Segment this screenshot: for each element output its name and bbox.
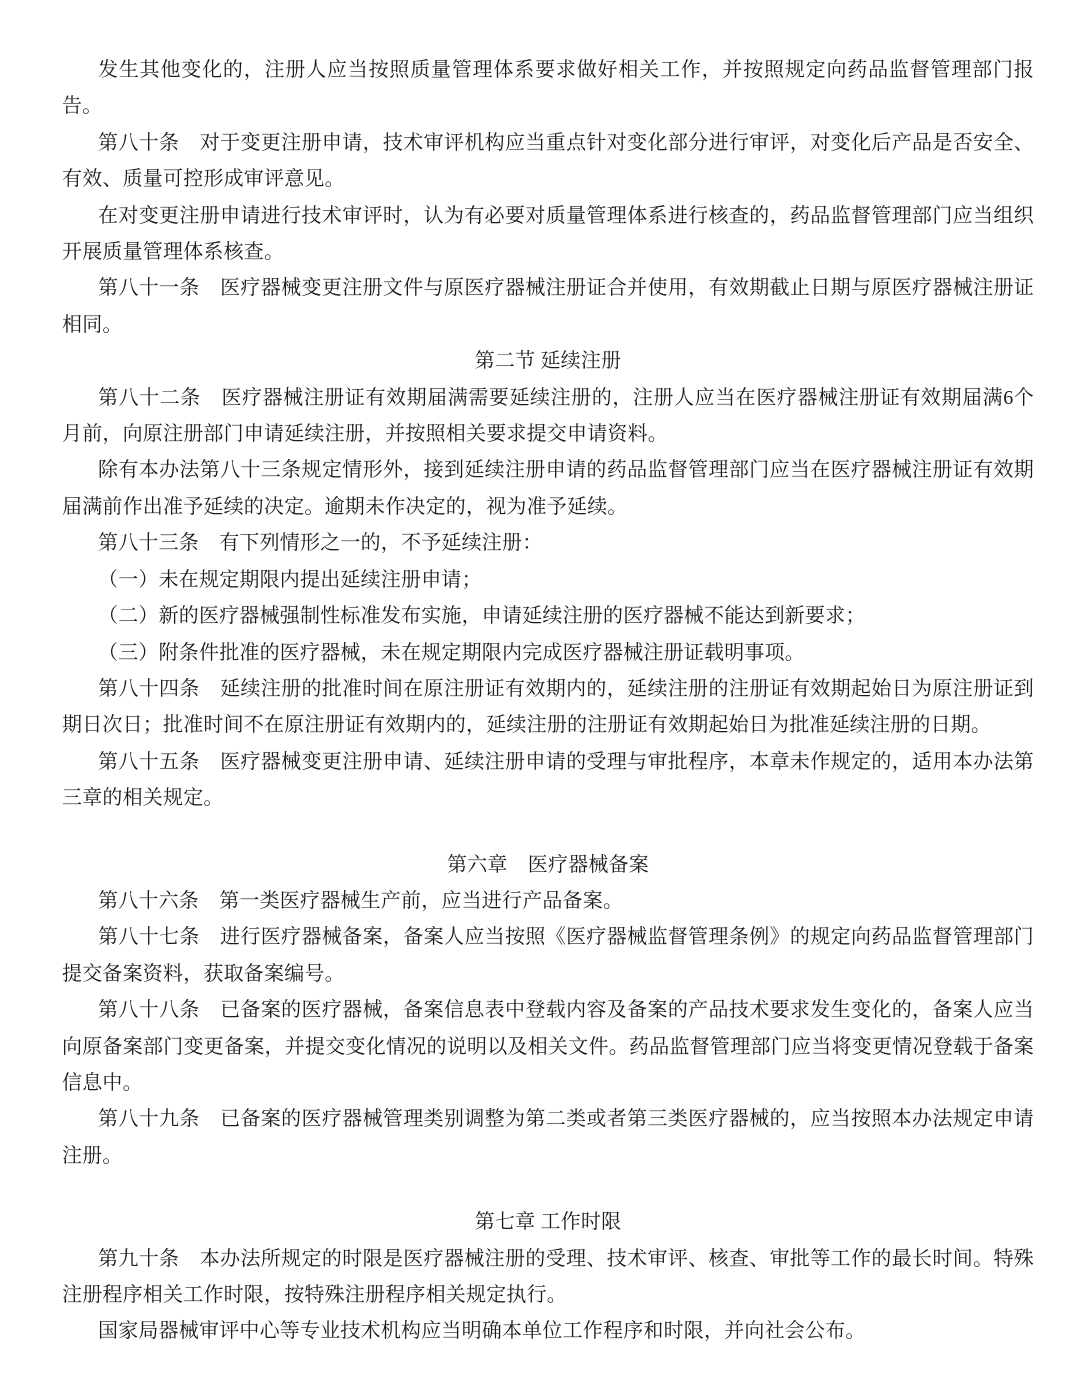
clause-paragraph: 第八十七条 进行医疗器械备案，备案人应当按照《医疗器械监督管理条例》的规定向药品… <box>62 919 1034 992</box>
clause-paragraph: 第八十二条 医疗器械注册证有效期届满需要延续注册的，注册人应当在医疗器械注册证有… <box>62 380 1034 453</box>
clause-paragraph: 第八十四条 延续注册的批准时间在原注册证有效期内的，延续注册的注册证有效期起始日… <box>62 671 1034 744</box>
list-item: （三）附条件批准的医疗器械，未在规定期限内完成医疗器械注册证载明事项。 <box>62 635 1034 671</box>
paragraph: 国家局器械审评中心等专业技术机构应当明确本单位工作程序和时限，并向社会公布。 <box>62 1313 1034 1349</box>
list-item: （一）未在规定期限内提出延续注册申请； <box>62 562 1034 598</box>
clause-paragraph: 第八十九条 已备案的医疗器械管理类别调整为第二类或者第三类医疗器械的，应当按照本… <box>62 1101 1034 1174</box>
section-heading: 第二节 延续注册 <box>62 343 1034 379</box>
clause-paragraph: 第八十五条 医疗器械变更注册申请、延续注册申请的受理与审批程序，本章未作规定的，… <box>62 744 1034 817</box>
clause-paragraph: 第八十六条 第一类医疗器械生产前，应当进行产品备案。 <box>62 883 1034 919</box>
document-body: 发生其他变化的，注册人应当按照质量管理体系要求做好相关工作，并按照规定向药品监督… <box>62 52 1034 1350</box>
clause-paragraph: 第八十八条 已备案的医疗器械，备案信息表中登载内容及备案的产品技术要求发生变化的… <box>62 992 1034 1101</box>
clause-paragraph: 第八十一条 医疗器械变更注册文件与原医疗器械注册证合并使用，有效期截止日期与原医… <box>62 270 1034 343</box>
paragraph: 除有本办法第八十三条规定情形外，接到延续注册申请的药品监督管理部门应当在医疗器械… <box>62 452 1034 525</box>
clause-paragraph: 第八十三条 有下列情形之一的，不予延续注册： <box>62 525 1034 561</box>
clause-paragraph: 第九十条 本办法所规定的时限是医疗器械注册的受理、技术审评、核查、审批等工作的最… <box>62 1241 1034 1314</box>
chapter-heading: 第六章 医疗器械备案 <box>62 847 1034 883</box>
chapter-heading: 第七章 工作时限 <box>62 1204 1034 1240</box>
clause-paragraph: 第八十条 对于变更注册申请，技术审评机构应当重点针对变化部分进行审评，对变化后产… <box>62 125 1034 198</box>
paragraph: 发生其他变化的，注册人应当按照质量管理体系要求做好相关工作，并按照规定向药品监督… <box>62 52 1034 125</box>
list-item: （二）新的医疗器械强制性标准发布实施，申请延续注册的医疗器械不能达到新要求； <box>62 598 1034 634</box>
document-page: 发生其他变化的，注册人应当按照质量管理体系要求做好相关工作，并按照规定向药品监督… <box>0 0 1080 1398</box>
paragraph: 在对变更注册申请进行技术审评时，认为有必要对质量管理体系进行核查的，药品监督管理… <box>62 198 1034 271</box>
